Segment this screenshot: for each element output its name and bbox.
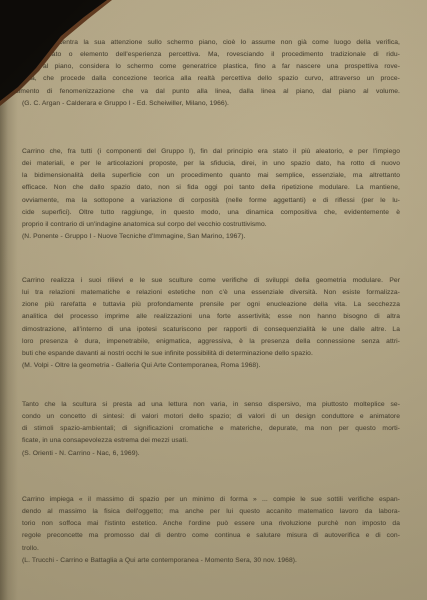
citation-line: (M. Volpi - Oltre la geometria - Galleri…: [22, 360, 400, 372]
text-line: condo un concetto di sintesi: di valori …: [22, 411, 400, 423]
citation-line: (N. Ponente - Gruppo I - Nuove Tecniche …: [22, 231, 400, 243]
citation-line: (L. Trucchi - Carrino e Battaglia a Qui …: [22, 555, 400, 567]
text-line: dimostrazione, all'interno di una ipotes…: [22, 324, 400, 336]
text-line: dei materiali, e per le articolazioni pr…: [22, 158, 400, 170]
text-line: proprio il contrario di un'indagine anat…: [22, 219, 400, 231]
citation-line: (S. Orienti - N. Carrino - Nac, 6, 1969)…: [22, 448, 400, 460]
quote-paragraph-2: Carrino che, fra tutti (i componenti del…: [22, 146, 400, 243]
quote-paragraph-4: Tanto che la scultura si presta ad una l…: [22, 399, 400, 460]
text-line: ovviamente, ma la sottopone a variazione…: [22, 195, 400, 207]
text-line: efficace. Non che dallo spazio dato, non…: [22, 182, 400, 194]
text-line: dendo al massimo la fisica dell'oggetto;…: [22, 506, 400, 518]
text-line: buti che espande davanti ai nostri occhi…: [22, 348, 400, 360]
text-line: ficate, in una consapevolezza estrema de…: [22, 435, 400, 447]
text-line: ta, che procede dalla concezione teorica…: [15, 73, 400, 85]
text-line: la bidimensionalità della superficie con…: [22, 170, 400, 182]
text-line: Tanto che la scultura si presta ad una l…: [22, 399, 400, 411]
text-line: dato o elemento dell'esperienza percetti…: [15, 49, 400, 61]
text-line: cide superfici). Oltre tutto raggiunge, …: [22, 207, 400, 219]
text-line: trollo.: [22, 543, 400, 555]
text-line: dimento di fenomenizzazione che va dal p…: [15, 86, 400, 98]
quote-paragraph-3: Carrino realizza i suoi rilievi e le sue…: [22, 275, 400, 372]
text-line: torio non soffoca mai l'istinto estetico…: [22, 518, 400, 530]
text-line: al piano, considera lo schermo come gene…: [15, 61, 400, 73]
text-line: analitica del processo imprime alle real…: [22, 311, 400, 323]
text-line: di stimoli spazio-ambientali; di signifi…: [22, 423, 400, 435]
text-line: Carrino impiega « il massimo di spazio p…: [22, 494, 400, 506]
text-line: zione più rarefatta e tuttavia più profo…: [22, 299, 400, 311]
quote-paragraph-1: centra la sua attenzione sullo schermo p…: [15, 37, 400, 110]
text-line: lui tra relazioni matematiche e relazion…: [22, 287, 400, 299]
text-line: Carrino realizza i suoi rilievi e le sue…: [22, 275, 400, 287]
text-line: loro presenza è dura, impenetrabile, eni…: [22, 336, 400, 348]
text-line: regole preconcette ma promosso dal di de…: [22, 530, 400, 542]
text-line: Carrino che, fra tutti (i componenti del…: [22, 146, 400, 158]
citation-line: (G. C. Argan - Calderara e Gruppo I - Ed…: [15, 98, 400, 110]
text-line: centra la sua attenzione sullo schermo p…: [15, 37, 400, 49]
quote-paragraph-5: Carrino impiega « il massimo di spazio p…: [22, 494, 400, 567]
scanned-catalog-page: centra la sua attenzione sullo schermo p…: [0, 0, 427, 600]
